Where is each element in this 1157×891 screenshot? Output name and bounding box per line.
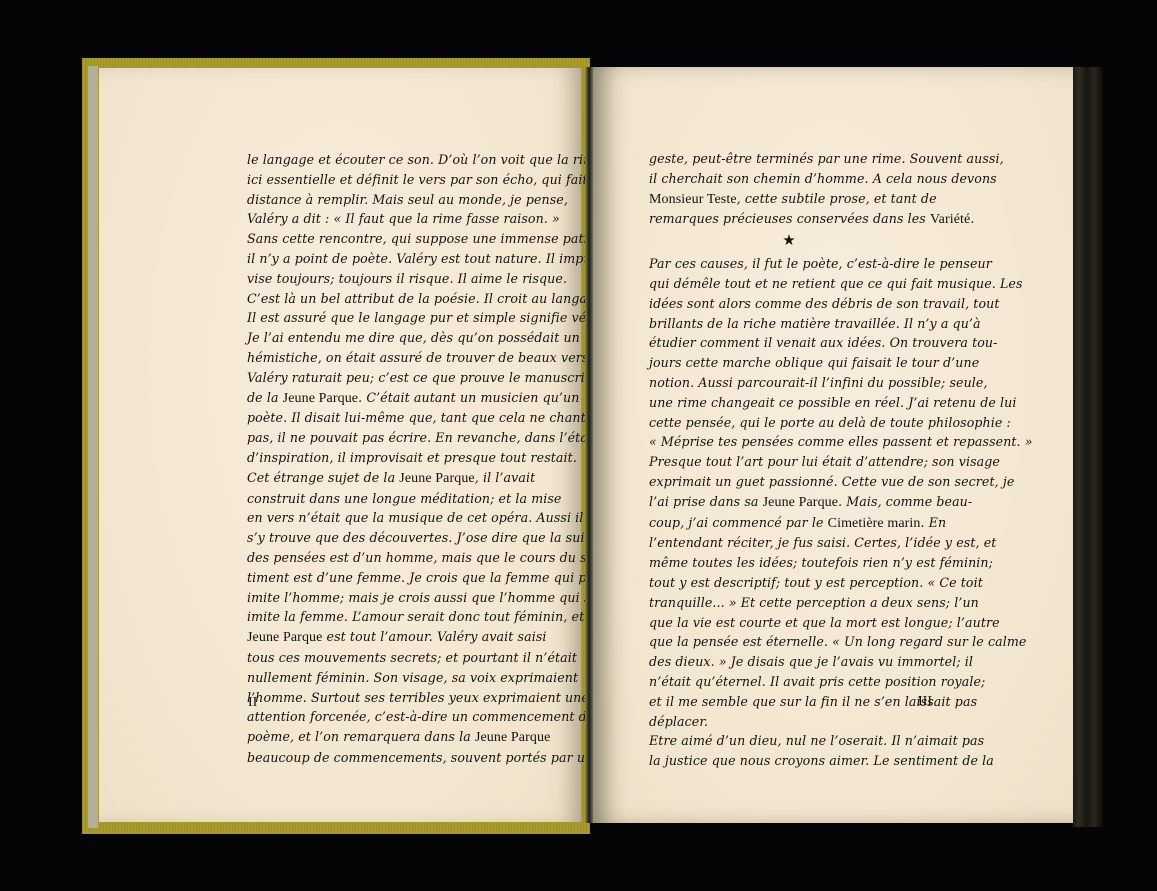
right-page-number: III [918,694,932,710]
text-line: même toutes les idées; toutefois rien n’… [649,553,929,573]
text-line: pas, il ne pouvait pas écrire. En revanc… [247,428,529,448]
text-line: ici essentielle et définit le vers par s… [247,170,529,190]
text-line: Presque tout l’art pour lui était d’atte… [649,452,929,472]
text-line: Cet étrange sujet de la Jeune Parque, il… [247,468,529,489]
text-line: qui démêle tout et ne retient que ce qui… [649,274,929,294]
text-line: vise toujours; toujours il risque. Il ai… [247,269,529,289]
text-line: notion. Aussi parcourait-il l’infini du … [649,373,929,393]
text-line: l’homme. Surtout ses terribles yeux expr… [247,688,529,708]
text-line: geste, peut-être terminés par une rime. … [649,149,929,169]
text-line: poète. Il disait lui-même que, tant que … [247,408,529,428]
text-line: que la vie est courte et que la mort est… [649,613,929,633]
text-line: brillants de la riche matière travaillée… [649,314,929,334]
title-reference: Jeune Parque [763,495,838,510]
text-line: coup, j’ai commencé par le Cimetière mar… [649,513,929,534]
text-line: l’entendant réciter, je fus saisi. Certe… [649,533,929,553]
text-line: il n’y a point de poète. Valéry est tout… [247,249,529,269]
title-reference: Monsieur Teste [649,192,737,207]
text-line: en vers n’était que la musique de cet op… [247,508,529,528]
text-line: s’y trouve que des découvertes. J’ose di… [247,528,529,548]
book-gutter [585,67,593,823]
text-line: il cherchait son chemin d’homme. A cela … [649,169,929,189]
text-line: Jeune Parque est tout l’amour. Valéry av… [247,627,529,648]
text-line: Il est assuré que le langage pur et simp… [247,308,529,328]
text-line: remarques précieuses conservées dans les… [649,209,929,230]
text-line: la justice que nous croyons aimer. Le se… [649,751,929,771]
text-line: jours cette marche oblique qui faisait l… [649,353,929,373]
title-reference: Variété [930,212,970,227]
text-line: des dieux. » Je disais que je l’avais vu… [649,652,929,672]
text-line: Valéry a dit : « Il faut que la rime fas… [247,209,529,229]
right-page-edges [1073,67,1103,827]
text-line: construit dans une longue méditation; et… [247,489,529,509]
title-reference: Cimetière marin [828,516,921,531]
text-line: « Méprise tes pensées comme elles passen… [649,432,929,452]
text-line: de la Jeune Parque. C’était autant un mu… [247,388,529,409]
text-line: beaucoup de commencements, souvent porté… [247,748,529,768]
page-block-edge [88,66,98,828]
text-line: cette pensée, qui le porte au delà de to… [649,413,929,433]
text-line: poème, et l’on remarquera dans la Jeune … [247,727,529,748]
text-line: une rime changeait ce possible en réel. … [649,393,929,413]
text-line: idées sont alors comme des débris de son… [649,294,929,314]
title-reference: Jeune Parque [399,471,474,486]
right-page: geste, peut-être terminés par une rime. … [590,67,1073,823]
left-page-number: II [248,695,257,711]
text-line: étudier comment il venait aux idées. On … [649,333,929,353]
text-line: imite la femme. L’amour serait donc tout… [247,607,529,627]
text-line: et il me semble que sur la fin il ne s’e… [649,692,929,712]
left-page-body: le langage et écouter ce son. D’où l’on … [247,150,529,768]
text-line: hémistiche, on était assuré de trouver d… [247,348,529,368]
text-line: Etre aimé d’un dieu, nul ne l’oserait. I… [649,731,929,751]
text-line: Sans cette rencontre, qui suppose une im… [247,229,529,249]
left-page: le langage et écouter ce son. D’où l’on … [99,68,581,822]
text-line: n’était qu’éternel. Il avait pris cette … [649,672,929,692]
title-reference: Jeune Parque [247,630,322,645]
text-line: des pensées est d’un homme, mais que le … [247,548,529,568]
section-ornament-star-icon: ★ [649,230,929,250]
text-line: Monsieur Teste, cette subtile prose, et … [649,189,929,210]
title-reference: Jeune Parque [475,730,550,745]
title-reference: Jeune Parque [283,391,358,406]
text-line: timent est d’une femme. Je crois que la … [247,568,529,588]
text-line: déplacer. [649,712,929,732]
right-page-body: geste, peut-être terminés par une rime. … [649,149,929,771]
text-line: exprimait un guet passionné. Cette vue d… [649,472,929,492]
text-line: C’est là un bel attribut de la poésie. I… [247,289,529,309]
text-line: imite l’homme; mais je crois aussi que l… [247,588,529,608]
text-line: que la pensée est éternelle. « Un long r… [649,632,929,652]
text-line: d’inspiration, il improvisait et presque… [247,448,529,468]
text-line: distance à remplir. Mais seul au monde, … [247,190,529,210]
text-line: Je l’ai entendu me dire que, dès qu’on p… [247,328,529,348]
text-line: tranquille... » Et cette perception a de… [649,593,929,613]
text-line: tout y est descriptif; tout y est percep… [649,573,929,593]
text-line: Par ces causes, il fut le poète, c’est-à… [649,254,929,274]
text-line: l’ai prise dans sa Jeune Parque. Mais, c… [649,492,929,513]
text-line: attention forcenée, c’est-à-dire un comm… [247,707,529,727]
text-line: le langage et écouter ce son. D’où l’on … [247,150,529,170]
text-line: Valéry raturait peu; c’est ce que prouve… [247,368,529,388]
text-line: tous ces mouvements secrets; et pourtant… [247,648,529,668]
text-line: nullement féminin. Son visage, sa voix e… [247,668,529,688]
